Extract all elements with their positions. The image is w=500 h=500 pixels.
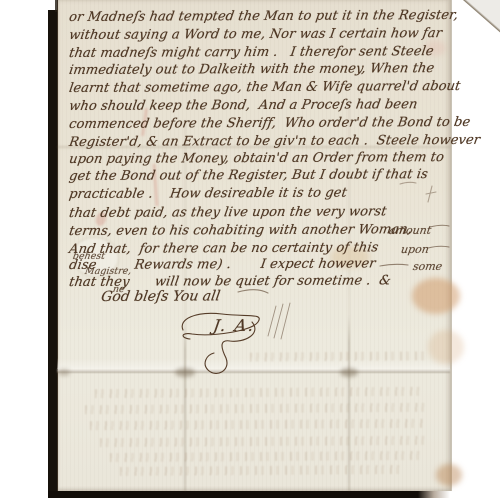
pink-stain (424, 40, 446, 56)
upper-fold-crease (57, 146, 450, 148)
buff-stain (330, 246, 370, 268)
horizontal-fold-crease (57, 369, 450, 373)
crumple-mark (340, 368, 358, 377)
letter-paper (57, 0, 452, 491)
photo-mat-bottom (48, 491, 418, 498)
folded-corner (463, 0, 500, 42)
show-through-writing (250, 351, 430, 361)
letter-photograph: God bleſs You all J. A. or Madneſs had t… (0, 0, 500, 500)
crumple-mark (58, 369, 70, 376)
repair-patch (74, 238, 118, 276)
vertical-fold-crease-right (348, 100, 350, 491)
rust-stain (412, 278, 460, 314)
rust-stain (436, 464, 462, 486)
photo-mat-bottom-fade (418, 491, 450, 498)
crumple-mark (175, 368, 195, 377)
rust-stain (428, 330, 464, 364)
vertical-fold-crease-left (184, 120, 186, 491)
